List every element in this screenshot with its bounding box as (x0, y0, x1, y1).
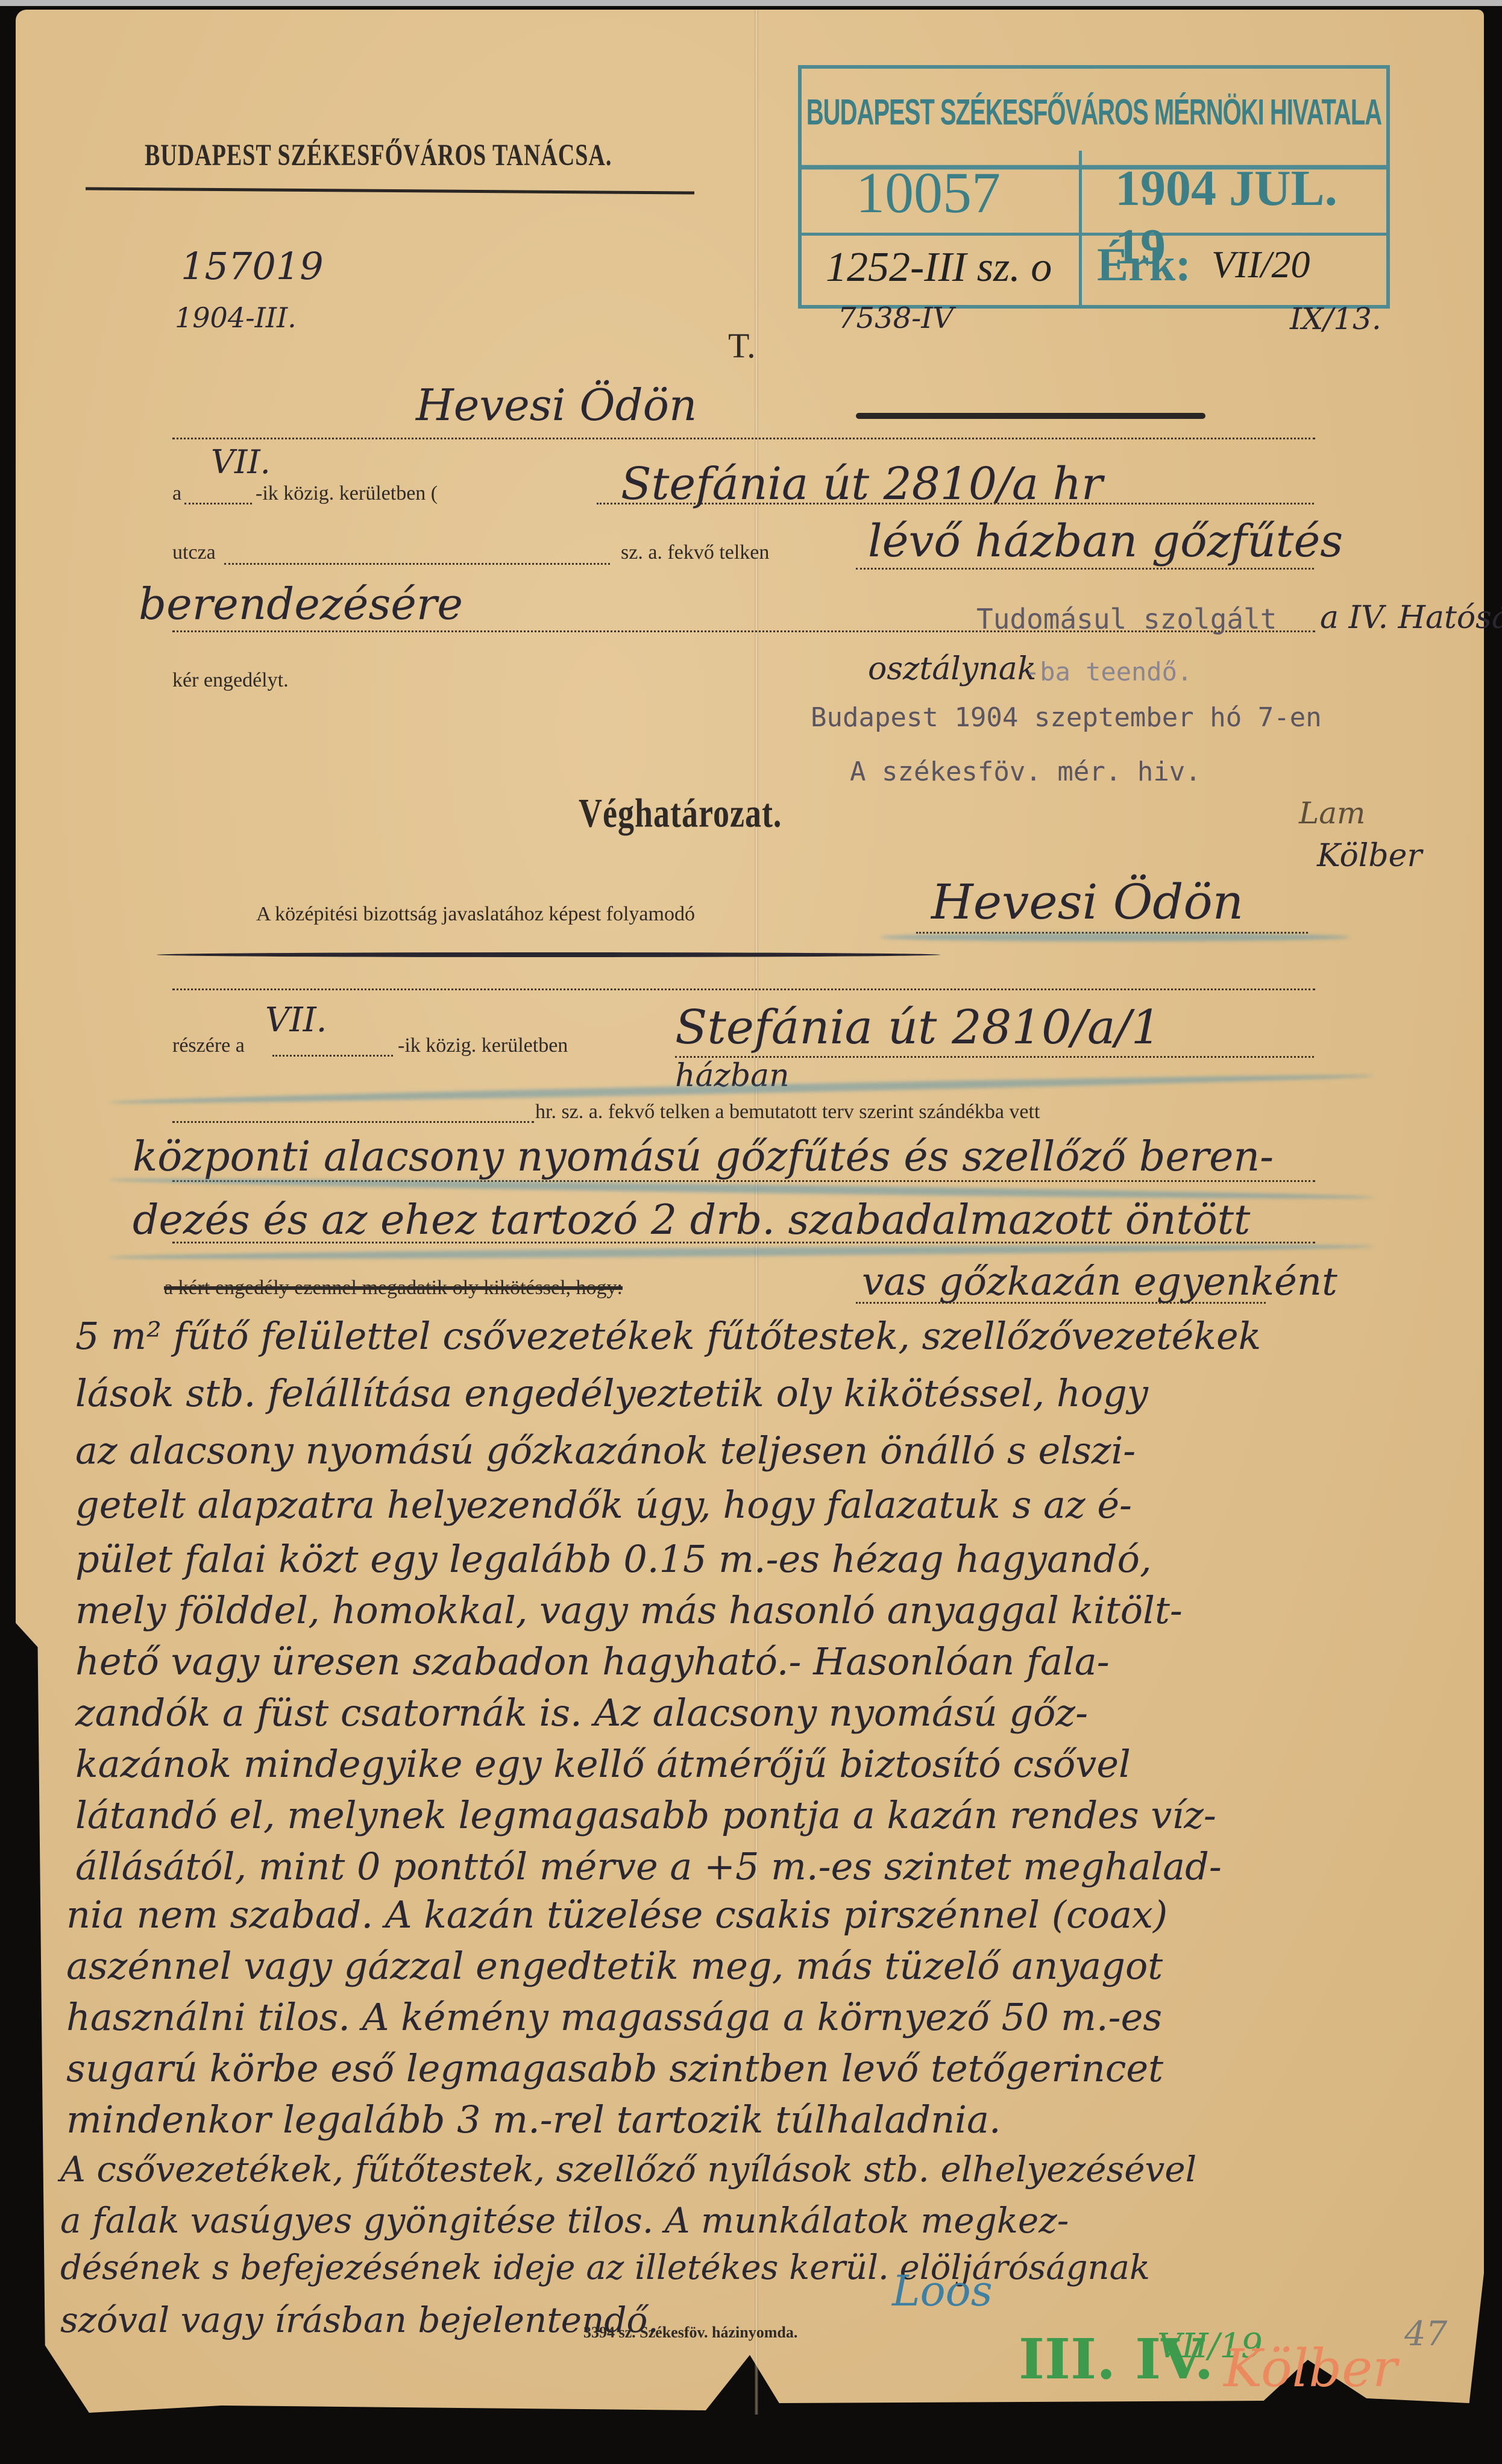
district-label: -ik közig. kerületben ( (256, 482, 438, 505)
blue-pencil-underline (880, 933, 1350, 941)
condition-line: mely földdel, homokkal, vagy más hasonló… (75, 1588, 1183, 1632)
condition-line: aszénnel vagy gázzal engedtetik meg, más… (66, 1944, 1163, 1988)
condition-line: pület falai közt egy legalább 0.15 m.-es… (75, 1537, 1152, 1581)
condition-line: zandók a füst csatornák is. Az alacsony … (75, 1691, 1088, 1735)
decision-line (172, 988, 1315, 990)
purpose-value: berendezésére (139, 579, 463, 629)
stamp-received-label: Érk: (1097, 237, 1191, 292)
authority-heading: BUDAPEST SZÉKESFŐVÁROS TANÁCSA. (145, 137, 612, 173)
endorsement-hand-2: osztálynak (868, 651, 1036, 687)
decision-district-label: -ik közig. kerületben (398, 1034, 568, 1057)
endorsement-signature-1: Lam (1299, 796, 1365, 831)
stamp-received-date: VII/20 (1211, 242, 1310, 287)
lot-lead-line (172, 1121, 534, 1123)
endorsement-signature-2: Kölber (1317, 838, 1422, 874)
decision-hand-line-2: dezés és az ehez tartozó 2 drb. szabadal… (133, 1196, 1250, 1244)
condition-line: az alacsony nyomású gőzkazánok teljesen … (75, 1428, 1136, 1472)
lot-value: lévő házban gőzfűtés (868, 515, 1343, 567)
lot-line (856, 568, 1314, 570)
condition-line: 5 m² fűtő felülettel csővezetékek fűtőte… (75, 1314, 1261, 1358)
condition-line: vas gőzkazán egyenként (862, 1260, 1337, 1304)
stamp-case-number: 1252-III sz. o (826, 244, 1052, 292)
blue-initials: Loos (892, 2266, 993, 2316)
stamp-note-left: 7538-IV (838, 301, 954, 335)
street-label: utcza (172, 541, 216, 564)
file-year: 1904-III. (175, 301, 297, 334)
section-letter: T. (728, 325, 756, 366)
request-label: kér engedélyt. (172, 669, 289, 692)
condition-line: használni tilos. A kémény magassága a kö… (66, 1995, 1162, 2039)
stamp-reg-number: 10057 (856, 159, 1001, 226)
applicant-flourish (856, 413, 1205, 419)
file-number: 157019 (181, 244, 324, 288)
street-label-line (224, 563, 610, 565)
district-value: VII. (211, 443, 271, 481)
street-line (597, 503, 1314, 504)
printer-imprint: 3394 sz. Székesföv. házinyomda. (583, 2324, 797, 2342)
condition-line: hető vagy üresen szabadon hagyható.- Has… (75, 1639, 1110, 1683)
page-number: 47 (1404, 2315, 1447, 2354)
stamp-divider-vertical (1079, 151, 1082, 305)
red-pencil-signature: Kölber (1224, 2339, 1397, 2399)
decision-district-line (272, 1055, 393, 1057)
decision-address: Stefánia út 2810/a/1 (675, 1001, 1161, 1055)
condition-line: kazánok mindegyike egy kellő átmérőjű bi… (75, 1742, 1131, 1786)
decision-flourish (157, 952, 940, 957)
decision-title: Véghatározat. (579, 790, 782, 837)
endorsement-hand-1: a IV. Hatósági (1320, 600, 1502, 636)
condition-line: getelt alapzatra helyezendők úgy, hogy f… (75, 1483, 1132, 1527)
endorsement-typed-4: A székesföv. mér. hiv. (850, 756, 1201, 787)
condition-line: állásától, mint 0 ponttól mérve a +5 m.-… (75, 1844, 1222, 1888)
decision-hand-line-1: központi alacsony nyomású gőzfűtés és sz… (133, 1133, 1274, 1181)
endorsement-typed-3: Budapest 1904 szeptember hó 7-en (811, 702, 1322, 733)
condition-line: látandó el, melynek legmagasabb pontja a… (75, 1793, 1216, 1837)
condition-line: nia nem szabad. A kazán tüzelése csakis … (66, 1893, 1167, 1937)
condition-line: a falak vasúgyes gyöngitése tilos. A mun… (60, 2200, 1069, 2241)
condition-line: szóval vagy írásban bejelentendő. (60, 2299, 659, 2340)
condition-line: mindenkor legalább 3 m.-rel tartozik túl… (66, 2098, 1001, 2142)
stamp-note-right: IX/13. (1290, 301, 1381, 336)
lot-label: sz. a. fekvő telken (621, 541, 769, 564)
condition-line: sugarú körbe eső legmagasabb szintben le… (66, 2046, 1163, 2090)
decision-district-value: VII. (265, 1001, 327, 1040)
decision-intro-label: A középitési bizottság javaslatához képe… (256, 903, 695, 926)
condition-line: A csővezetékek, fűtőtestek, szellőző nyí… (60, 2149, 1196, 2190)
district-line (184, 503, 252, 504)
permit-label-struck: a kért engedély ezennel megadatik oly ki… (164, 1277, 623, 1300)
condition-line: lások stb. felállítása engedélyeztetik o… (75, 1371, 1148, 1415)
district-prefix: a (172, 482, 181, 505)
endorsement-typed-1: Tudomásul szolgált (976, 603, 1277, 635)
request-applicant: Hevesi Ödön (416, 380, 697, 430)
decision-applicant: Hevesi Ödön (931, 874, 1243, 930)
decision-hand-line-2-rule (172, 1242, 1315, 1243)
engineering-office-stamp: BUDAPEST SZÉKESFŐVÁROS MÉRNÖKI HIVATALA … (798, 65, 1390, 309)
endorsement-typed-2: -ba teendő. (1025, 657, 1192, 687)
decision-district-prefix: részére a (172, 1034, 245, 1057)
applicant-line (172, 438, 1315, 439)
stamp-office-name: BUDAPEST SZÉKESFŐVÁROS MÉRNÖKI HIVATALA (802, 60, 1386, 170)
scan-frame-top (0, 0, 1502, 6)
decision-lot-label: hr. sz. a. fekvő telken a bemutatott ter… (535, 1101, 1040, 1124)
